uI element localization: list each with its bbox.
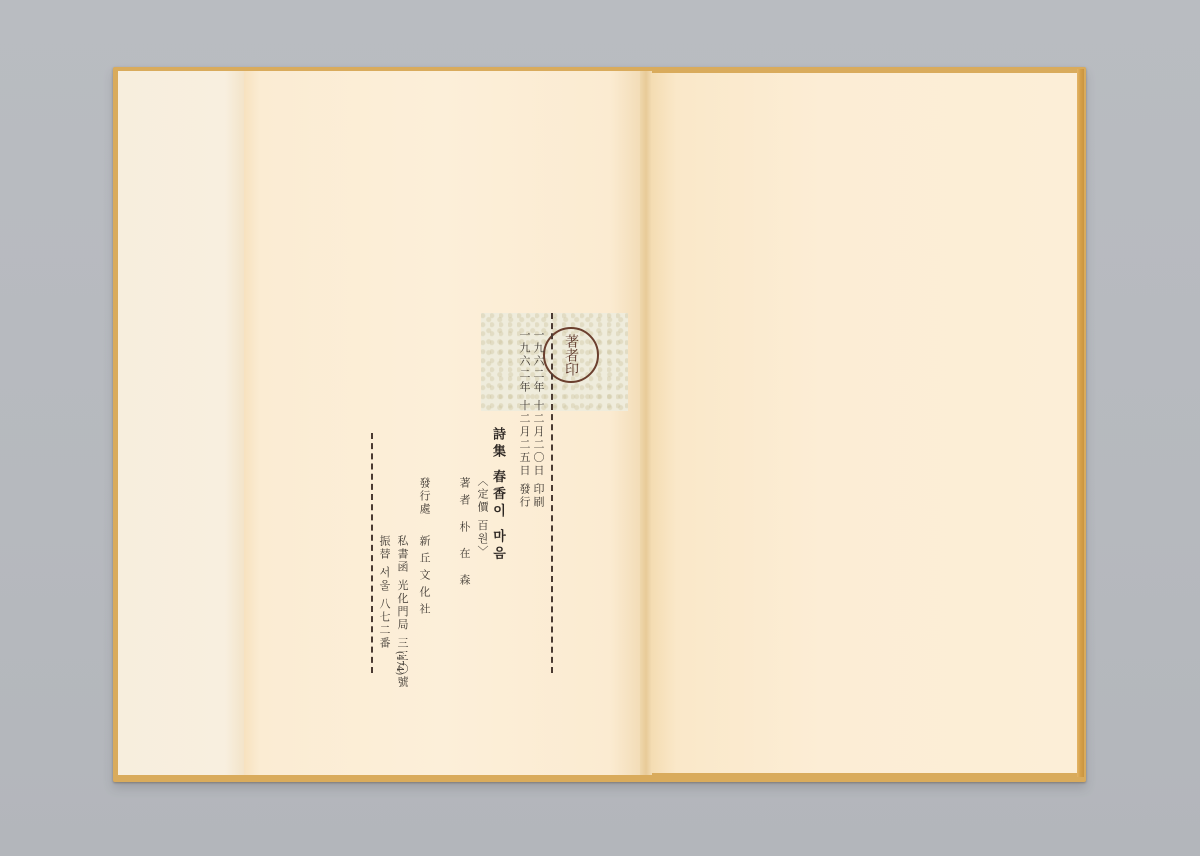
flyleaf [118, 71, 245, 775]
book-title: 詩集 春香이 마음 [488, 427, 507, 563]
blank-right-page [651, 73, 1077, 773]
price: 〈定價 百원〉 [474, 475, 490, 559]
printed-date: 一九六二年 十二月二〇日 印刷 [530, 329, 546, 509]
transfer-account: 振替 서울 八七二番 [376, 535, 392, 650]
open-book: 著者印 一九六二年 十二月二〇日 印刷 一九六二年 十二月二五日 發行 詩集 春… [113, 67, 1086, 782]
seal-text: 著者印 [564, 334, 578, 376]
colophon-page: 著者印 一九六二年 十二月二〇日 印刷 一九六二年 十二月二五日 發行 詩集 春… [244, 71, 642, 775]
catalog-code: (474) [394, 651, 404, 675]
published-date: 一九六二年 十二月二五日 發行 [516, 329, 532, 509]
author-label: 著者 [456, 477, 472, 511]
cover-edge [1077, 69, 1084, 777]
publisher-name: 新丘文化社 [416, 535, 432, 620]
publisher-label: 發行處 [416, 477, 432, 516]
right-dashed-rule [551, 313, 553, 673]
left-dashed-rule [371, 433, 373, 673]
author-seal-sticker: 著者印 [481, 313, 628, 411]
author-name: 朴 在 森 [456, 521, 472, 591]
